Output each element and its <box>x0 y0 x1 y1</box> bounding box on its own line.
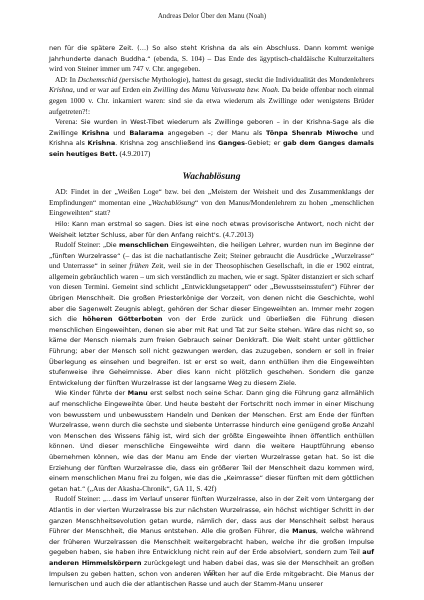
italic-text: Wachablösung <box>152 198 195 207</box>
paragraph-hilo-answer: Hilo: Kann man erstmal so sagen. Dies is… <box>49 219 374 240</box>
text: , und er war auf Erden ein <box>73 85 153 94</box>
citation-text: („Aus der Akasha-Chronik“, GA 11, S. 42f… <box>85 484 216 493</box>
italic-text: Krishna <box>49 85 73 94</box>
bold-text: Tönpa Shenrab Miwoche <box>266 129 358 137</box>
bold-text: Balarama <box>129 129 163 137</box>
paragraph-ad-question-1: AD: In Dschemschid (persische Mythologie… <box>49 75 374 117</box>
running-header: Andreas Delor Über den Manu (Noah) <box>0 12 424 20</box>
page-number: 55 <box>0 569 424 577</box>
text: . Krishna zog anschließend ins <box>115 139 218 147</box>
date-text: (4.9.2017) <box>118 149 151 158</box>
text: von der Erde zurück und überließen die F… <box>49 315 374 387</box>
paragraph-quote-continuation: nen für die spätere Zeit. (…) So also st… <box>49 43 374 75</box>
bold-text: Manu <box>128 389 148 397</box>
italic-text: Dschemschid (persische <box>78 75 150 84</box>
italic-text: frühen <box>129 261 148 270</box>
paragraph-steiner-quote-1: Rudolf Steiner: „Die menschlichen Eingew… <box>49 240 374 388</box>
text: „Die <box>103 241 119 249</box>
date-text: (4.7.2013) <box>221 230 254 239</box>
speaker-label: Rudolf Steiner: <box>55 494 103 503</box>
paragraph-verena-answer: Verena: Sie wurden in West-Tibet wiederu… <box>49 117 374 159</box>
italic-text: Zwilling <box>153 85 178 94</box>
text: Wie Kinder führte der <box>55 389 128 397</box>
text: des <box>178 85 192 94</box>
bold-text: Krishna <box>82 129 110 137</box>
paragraph-ad-question-2: AD: Findet in der „Weißen Loge“ bzw. bei… <box>49 187 374 219</box>
paragraph-steiner-quote-2: Wie Kinder führte der Manu erst selbst n… <box>49 388 374 494</box>
speaker-label: Hilo: <box>55 220 72 228</box>
text: AD: In <box>55 75 78 84</box>
text: und <box>109 129 129 137</box>
text: -Gebiet; er <box>245 139 283 147</box>
speaker-label: Rudolf Steiner: <box>55 240 103 249</box>
bold-text: Manus <box>292 527 316 535</box>
italic-text: Manu Vaivaswata bzw. Noah <box>192 85 278 94</box>
bold-text: Krishna <box>88 139 116 147</box>
text: Kann man erstmal so sagen. Dies ist eine… <box>49 220 374 239</box>
text: erst selbst noch seine Schar. Dann ging … <box>49 389 374 492</box>
section-title: Wachablösung <box>49 172 374 183</box>
speaker-label: Verena: <box>55 117 81 126</box>
text: angegeben –; der Manu als <box>164 129 266 137</box>
text: Mythologie), hattest du gesagt, steckt d… <box>150 75 374 84</box>
page-body: nen für die spätere Zeit. (…) So also st… <box>49 43 374 590</box>
bold-text: höheren Götterboten <box>82 315 162 323</box>
bold-text: menschlichen <box>119 241 169 249</box>
bold-text: Ganges <box>218 139 245 147</box>
